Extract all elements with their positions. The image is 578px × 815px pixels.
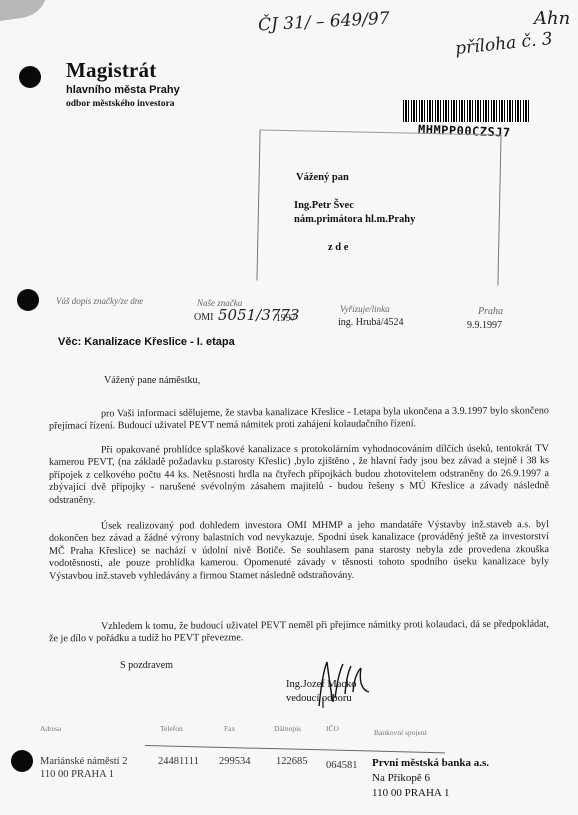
paragraph-4: Vzhledem k tomu, že budoucí uživatel PEV…: [49, 619, 549, 646]
your-ref-label: Váš dopis značky/ze dne: [56, 296, 143, 306]
footer-telex: 122685: [276, 756, 308, 767]
paragraph-3: Úsek realizovaný pod dohledem investora …: [49, 519, 549, 583]
letterhead-subtitle: hlavního města Prahy: [66, 84, 180, 96]
letterhead-title: Magistrát: [66, 58, 156, 83]
handwritten-attachment: příloha č. 3: [454, 29, 553, 59]
closing: S pozdravem: [120, 660, 173, 672]
footer-fax-label: Fax: [224, 724, 235, 733]
our-ref-year: /1997: [273, 313, 296, 324]
letter-date: 9.9.1997: [467, 320, 502, 331]
punch-hole: [19, 66, 41, 88]
page-corner-fold: [0, 0, 52, 22]
footer-address-line2: 110 00 PRAHA 1: [40, 769, 114, 780]
footer-bank-street: Na Příkopě 6: [372, 771, 430, 786]
footer-fax: 299534: [219, 756, 251, 767]
handwritten-initials: Ahn: [534, 8, 570, 29]
footer-ico: 064581: [326, 760, 358, 771]
signatory-name: Ing.Jozef Macko: [286, 679, 357, 690]
greeting: Vážený pane náměstku,: [104, 375, 200, 387]
handled-by-label: Vyřizuje/linka: [340, 304, 390, 314]
handled-by-value: ing. Hrubá/4524: [338, 317, 404, 328]
footer-telex-label: Dálnopis: [274, 724, 301, 733]
signatory-title: vedoucí odboru: [286, 693, 352, 704]
footer-address-line1: Mariánské náměstí 2: [40, 756, 127, 767]
recipient-name: Ing.Petr Švec: [294, 200, 354, 211]
our-ref-prefix: OMI: [194, 312, 213, 323]
handwritten-reference: ČJ 31/ – 649/97: [258, 9, 391, 36]
place-label: Praha: [478, 306, 503, 317]
recipient-salutation: Vážený pan: [296, 172, 349, 183]
footer-phone-label: Telefon: [160, 724, 183, 733]
footer-phone: 24481111: [158, 756, 199, 767]
paragraph-1: pro Vaši informaci sdělujeme, že stavba …: [49, 405, 549, 433]
footer-divider: [145, 745, 445, 753]
barcode: [403, 100, 531, 122]
punch-hole: [17, 289, 39, 311]
footer-bank-name: První městská banka a.s.: [372, 756, 489, 771]
recipient-location: z d e: [328, 242, 348, 253]
letterhead-department: odbor městského investora: [66, 99, 175, 109]
paragraph-2: Při opakované prohlídce splaškové kanali…: [49, 443, 549, 507]
footer-address-label: Adresa: [40, 724, 61, 733]
footer-bank-label: Bankovní spojení: [374, 728, 427, 737]
punch-hole: [11, 750, 33, 772]
footer-bank-city: 110 00 PRAHA 1: [372, 786, 450, 801]
footer-ico-label: IČO: [326, 724, 339, 733]
subject-line: Věc: Kanalizace Křeslice - I. etapa: [58, 336, 235, 348]
recipient-position: nám.primátora hl.m.Prahy: [294, 214, 415, 225]
